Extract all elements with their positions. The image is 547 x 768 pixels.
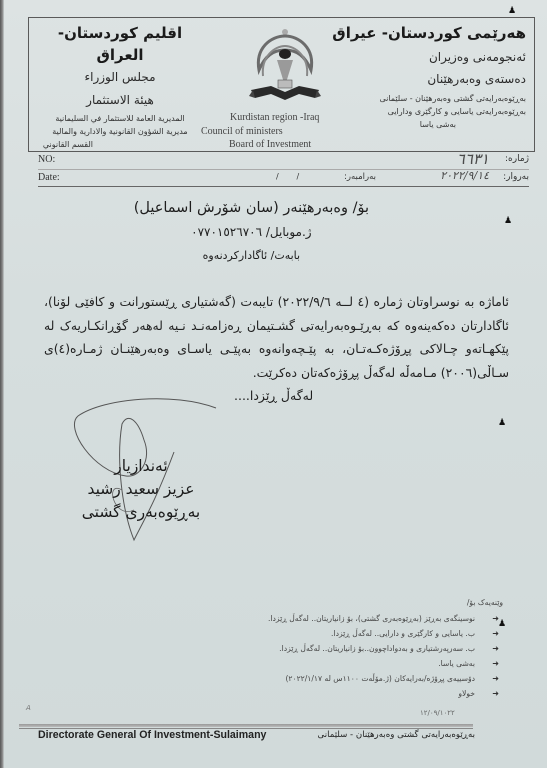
signature-block: ئەندازیار عزیز سعید رشید بەڕێوەبەری گشتی <box>76 455 206 524</box>
english-region: Kurdistan region -Iraq <box>230 112 319 123</box>
reference-number-row: NO: ژمارە: ٦٦٣١ <box>38 154 529 168</box>
kurdish-board: دەستەی وەبەرهێنان <box>316 69 526 89</box>
arrow-icon: ➜ <box>489 671 499 686</box>
letter-body: ئاماژە بە نوسراوتان ژمارە (٤ لــە ٢٠٢٢/٩… <box>44 290 509 384</box>
footer-rule <box>19 724 473 727</box>
cc-item: ➜ب. یاسایی و کارگێری و دارایی.. لەگەڵ ڕێ… <box>268 626 499 641</box>
date-value: ٢٠٢٢/٩/١٤ <box>440 169 489 182</box>
signer-title: ئەندازیار <box>76 455 206 478</box>
arrow-icon: ➜ <box>489 641 499 656</box>
signer-position: بەڕێوەبەری گشتی <box>76 501 206 524</box>
footer-english: Directorate General Of Investment-Sulaim… <box>38 729 266 741</box>
arabic-region: اقليم كوردستان-العراق <box>35 22 205 66</box>
arabic-council: مجلس الوزراء <box>35 67 205 87</box>
cc-item: ➜نوسینگەی بەڕێز (بەڕێوەبەری گشتی)، بۆ زا… <box>268 611 499 626</box>
no-label-ku: ژمارە: <box>505 154 529 164</box>
scan-edge <box>0 0 4 768</box>
footer-kurdish: بەڕێوەبەرایەتی گشتی وەبەرهێنان - سلێمانی <box>318 730 475 740</box>
no-label-en: NO: <box>38 154 55 165</box>
arabic-line3: القسم القانوني <box>35 138 205 151</box>
seal-mark-icon: ♟ <box>508 6 516 16</box>
letterhead-kurdish: هەرێمی کوردستان- عیراق ئەنجومەنی وەزیران… <box>316 22 526 131</box>
kurdish-region: هەرێمی کوردستان- عیراق <box>316 22 526 44</box>
english-board: Board of Investment <box>229 139 311 150</box>
hijri-value: / / <box>276 172 299 181</box>
kurdish-line1: بەڕێوەبەرایەتی گشتی وەبەرهێنان - سلێمانی <box>316 92 526 105</box>
arabic-line1: المديرية العامة للاستثمار في السليمانية <box>35 112 205 125</box>
letterhead: اقليم كوردستان-العراق مجلس الوزراء هيئة … <box>28 17 535 152</box>
kurdish-council: ئەنجومەنی وەزیران <box>316 47 526 67</box>
recipient-subject: بابەت/ ئاگادارکردنەوە <box>134 245 369 267</box>
arrow-icon: ➜ <box>489 656 499 671</box>
footer-initials: A <box>26 704 31 712</box>
date-label-en: Date: <box>38 172 60 183</box>
cc-item: ➜دۆسییەی پڕۆژە/بەرایەکان (ژ.مۆڵەت ١١٠٠س … <box>268 671 499 686</box>
cc-heading: وێنەیەک بۆ/ <box>268 598 503 607</box>
cc-item: ➜بەشی یاسا. <box>268 656 499 671</box>
signer-name: عزیز سعید رشید <box>76 478 206 501</box>
kurdish-line3: بەشی یاسا <box>316 118 526 131</box>
seal-mark-icon: ♟ <box>498 418 506 428</box>
cc-list: وێنەیەک بۆ/ ➜نوسینگەی بەڕێز (بەڕێوەبەری … <box>268 598 499 701</box>
kurdish-line2: بەڕێوەبەرایەتی یاسایی و کارگێری ودارایی <box>316 105 526 118</box>
document-page: اقليم كوردستان-العراق مجلس الوزراء هيئة … <box>4 0 547 768</box>
recipient-to: بۆ/ وەبەرهێنەر (سان شۆرش اسماعیل) <box>134 196 369 220</box>
hijri-label: بەرامبەر: <box>344 172 376 182</box>
recipient-block: بۆ/ وەبەرهێنەر (سان شۆرش اسماعیل) ژ.موبا… <box>134 196 369 267</box>
reference-date-row: Date: / / بەرامبەر: ٢٠٢٢/٩/١٤ بەروار: <box>38 172 529 186</box>
arabic-line2: مديرية الشؤون القانونية والادارية والمال… <box>35 125 205 138</box>
no-value: ٦٦٣١ <box>457 150 489 168</box>
seal-mark-icon: ♟ <box>504 216 512 226</box>
date-rule <box>38 186 529 187</box>
footer-print-date: ١٢/٠٩/١٠٢٢ <box>420 709 455 717</box>
cc-item: ➜خولاو <box>268 686 499 701</box>
recipient-mobile: ژ.موبایل/ ٠٧٧٠١٥٢٦٧٠٦ <box>134 220 369 245</box>
seal-mark-icon: ♟ <box>498 619 506 629</box>
arabic-board: هيئة الاستثمار <box>35 90 205 110</box>
cc-item: ➜ب. سەرپەرشتیاری و بەدواداچوون..بۆ زانیا… <box>268 641 499 656</box>
date-label-ku: بەروار: <box>503 172 529 182</box>
arrow-icon: ➜ <box>489 686 499 701</box>
english-council: Council of ministers <box>201 126 283 137</box>
letterhead-arabic: اقليم كوردستان-العراق مجلس الوزراء هيئة … <box>35 22 205 151</box>
